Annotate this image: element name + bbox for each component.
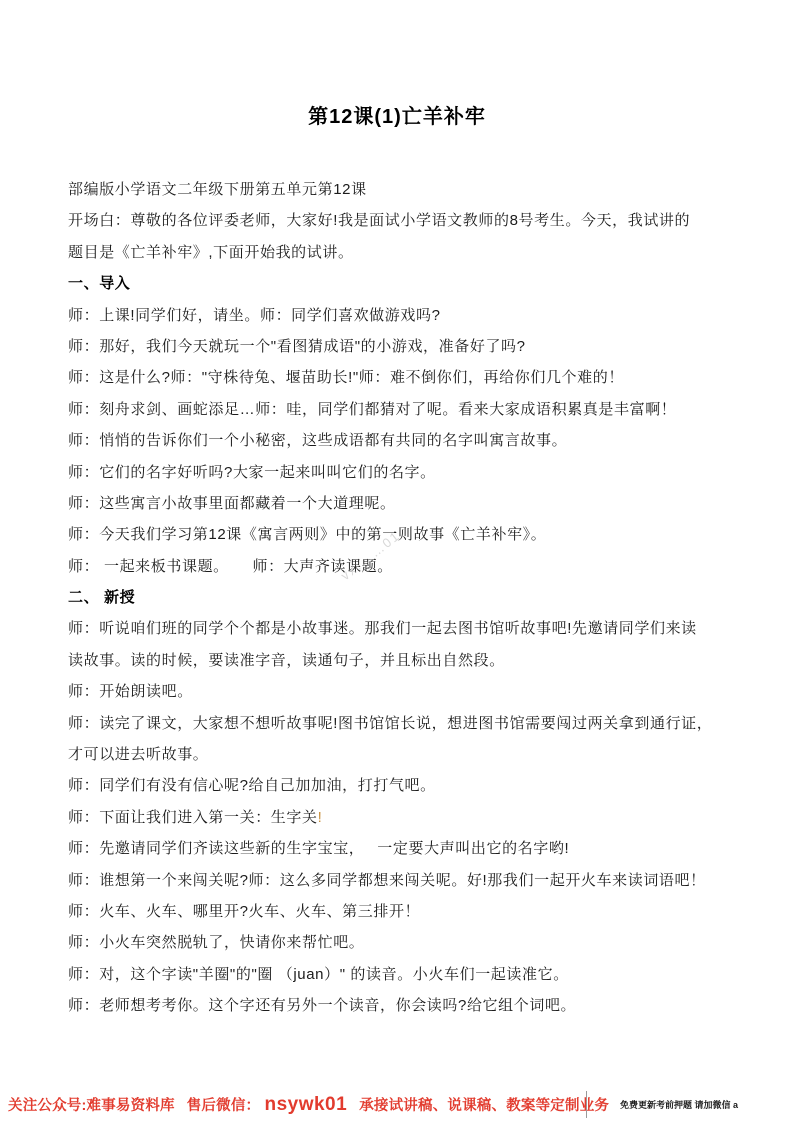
script-line: 师：刻舟求剑、画蛇添足…师：哇，同学们都猜对了呢。看来大家成语积累真是丰富啊！ (68, 394, 754, 425)
script-line-text: 才可以进去听故事。 (68, 746, 208, 763)
script-line-text: 师：先邀请同学们齐读这些新的生字宝宝， 一定要大声叫出它的名字哟! (68, 840, 569, 857)
script-line-text: 师：今天我们学习第12课《寓言两则》中的第一则故事《亡羊补牢》。 (68, 526, 546, 543)
script-line: 题目是《亡羊补牢》,下面开始我的试讲。 (68, 237, 754, 268)
script-line-text: 师：上课!同学们好，请坐。师：同学们喜欢做游戏吗? (68, 307, 441, 324)
script-line: 读故事。读的时候，要读准字音，读通句子，并且标出自然段。 (68, 645, 754, 676)
script-line-text: 师：听说咱们班的同学个个都是小故事迷。那我们一起去图书馆听故事吧!先邀请同学们来… (68, 620, 697, 637)
script-line: 师：这是什么?师："守株待兔、堰苗助长!"师：难不倒你们，再给你们几个难的！ (68, 362, 754, 393)
script-line: 师：同学们有没有信心呢?给自己加加油，打打气吧。 (68, 770, 754, 801)
script-line-text: 部编版小学语文二年级下册第五单元第12课 (68, 181, 367, 198)
script-line-text: 师：这些寓言小故事里面都藏着一个大道理呢。 (68, 495, 396, 512)
script-line-text: 读故事。读的时候，要读准字音，读通句子，并且标出自然段。 (68, 652, 505, 669)
footer-promo-suffix: 承接试讲稿、说课稿、教案等定制业务 (359, 1098, 609, 1114)
script-line: 师：谁想第一个来闯关呢?师：这么多同学都想来闯关呢。好!那我们一起开火车来读词语… (68, 865, 754, 896)
script-line: 师：对，这个字读"羊圈"的"圈 （juan）" 的读音。小火车们一起读准它。 (68, 959, 754, 990)
script-line-text: 师：同学们有没有信心呢?给自己加加油，打打气吧。 (68, 777, 436, 794)
page-title: 第12课(1)亡羊补牢 (0, 100, 794, 129)
script-line: 部编版小学语文二年级下册第五单元第12课 (68, 174, 754, 205)
script-line: 师：先邀请同学们齐读这些新的生字宝宝， 一定要大声叫出它的名字哟! (68, 833, 754, 864)
script-line: 师：上课!同学们好，请坐。师：同学们喜欢做游戏吗? (68, 300, 754, 331)
script-line: 二、 新授 (68, 582, 754, 613)
document-page: 第12课(1)亡羊补牢 部编版小学语文二年级下册第五单元第12课开场白：尊敬的各… (0, 0, 794, 1122)
script-line: 师：老师想考考你。这个字还有另外一个读音，你会读吗?给它组个词吧。 (68, 990, 754, 1021)
footer-promo-text: 关注公众号:难事易资料库售后微信： nsywk01承接试讲稿、说课稿、教案等定制… (8, 1094, 609, 1116)
script-line-text: 师： 一起来板书课题。 师：大声齐读课题。 (68, 558, 393, 575)
script-line-text: 开场白：尊敬的各位评委老师，大家好!我是面试小学语文教师的8号考生。今天，我试讲… (68, 212, 690, 229)
script-line-text: 题目是《亡羊补牢》,下面开始我的试讲。 (68, 244, 354, 261)
script-line-text: 师：这是什么?师："守株待兔、堰苗助长!"师：难不倒你们，再给你们几个难的！ (68, 369, 624, 386)
script-line: 师：开始朗读吧。 (68, 676, 754, 707)
document-body: 部编版小学语文二年级下册第五单元第12课开场白：尊敬的各位评委老师，大家好!我是… (68, 174, 754, 1022)
script-line: 师：听说咱们班的同学个个都是小故事迷。那我们一起去图书馆听故事吧!先邀请同学们来… (68, 613, 754, 644)
script-line: 师：那好，我们今天就玩一个"看图猜成语"的小游戏，准备好了吗? (68, 331, 754, 362)
script-line-text: 一、导入 (68, 275, 130, 292)
script-line-text: 师：那好，我们今天就玩一个"看图猜成语"的小游戏，准备好了吗? (68, 338, 526, 355)
script-line-text: 师：悄悄的告诉你们一个小秘密，这些成语都有共同的名字叫寓言故事。 (68, 432, 567, 449)
footer-divider (586, 1091, 587, 1118)
script-line-text: 师：读完了课文，大家想不想听故事呢!图书馆馆长说，想进图书馆需要闯过两关拿到通行… (68, 715, 712, 732)
footer-note: 免费更新考前押题 请加微信 a (620, 1098, 738, 1111)
footer-promo-mid: 售后微信： (187, 1098, 261, 1114)
script-line: 开场白：尊敬的各位评委老师，大家好!我是面试小学语文教师的8号考生。今天，我试讲… (68, 205, 754, 236)
script-line: 师： 一起来板书课题。 师：大声齐读课题。 (68, 551, 754, 582)
script-line: 师：悄悄的告诉你们一个小秘密，这些成语都有共同的名字叫寓言故事。 (68, 425, 754, 456)
script-line: 师：小火车突然脱轨了，快请你来帮忙吧。 (68, 927, 754, 958)
script-line: 师：它们的名字好听吗?大家一起来叫叫它们的名字。 (68, 457, 754, 488)
script-line-text: 师：老师想考考你。这个字还有另外一个读音，你会读吗?给它组个词吧。 (68, 997, 576, 1014)
script-line-text: 师：小火车突然脱轨了，快请你来帮忙吧。 (68, 934, 364, 951)
script-line-text: 师：刻舟求剑、画蛇添足…师：哇，同学们都猜对了呢。看来大家成语积累真是丰富啊！ (68, 401, 676, 418)
page-footer: 关注公众号:难事易资料库售后微信： nsywk01承接试讲稿、说课稿、教案等定制… (0, 1088, 794, 1118)
script-line: 师：今天我们学习第12课《寓言两则》中的第一则故事《亡羊补牢》。 (68, 519, 754, 550)
script-line-text: 二、 新授 (68, 589, 135, 606)
script-line-text: 师：它们的名字好听吗?大家一起来叫叫它们的名字。 (68, 464, 436, 481)
script-line: 师：火车、火车、哪里开?火车、火车、第三排开！ (68, 896, 754, 927)
script-line: 才可以进去听故事。 (68, 739, 754, 770)
script-line-text: 师：谁想第一个来闯关呢?师：这么多同学都想来闯关呢。好!那我们一起开火车来读词语… (68, 872, 706, 889)
wechat-id: nsywk01 (264, 1094, 347, 1115)
script-line: 师：读完了课文，大家想不想听故事呢!图书馆馆长说，想进图书馆需要闯过两关拿到通行… (68, 708, 754, 739)
script-line-text: ! (318, 809, 323, 826)
script-line-text: 师：开始朗读吧。 (68, 683, 193, 700)
footer-promo-prefix: 关注公众号:难事易资料库 (8, 1098, 175, 1114)
script-line: 师：下面让我们进入第一关：生字关! (68, 802, 754, 833)
script-line-text: 师：对，这个字读"羊圈"的"圈 （juan）" 的读音。小火车们一起读准它。 (68, 966, 569, 983)
script-line-text: 师：火车、火车、哪里开?火车、火车、第三排开！ (68, 903, 420, 920)
script-line: 一、导入 (68, 268, 754, 299)
script-line: 师：这些寓言小故事里面都藏着一个大道理呢。 (68, 488, 754, 519)
script-line-text: 师：下面让我们进入第一关：生字关 (68, 809, 318, 826)
